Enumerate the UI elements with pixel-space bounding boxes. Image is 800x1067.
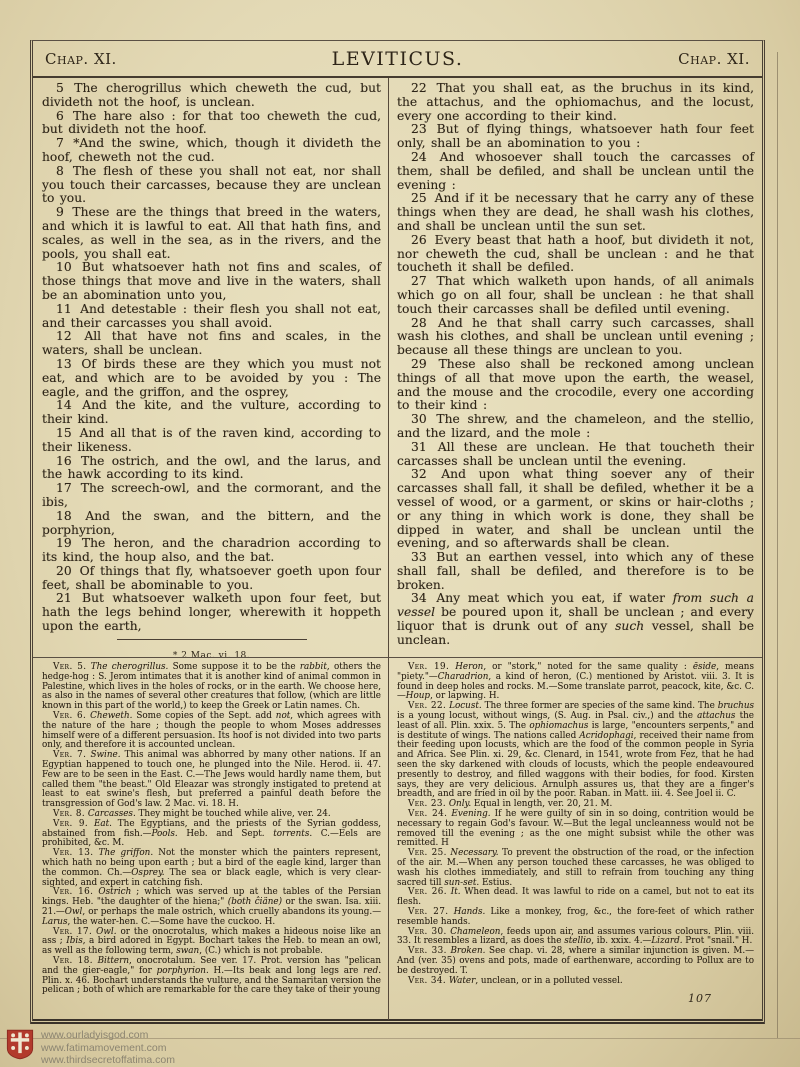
note-text: Hands. Like a monkey, frog, &c., the for… [397, 907, 754, 927]
verse-number: 10 [56, 260, 74, 274]
verse-text: The screech-owl, and the cormorant, and … [42, 481, 381, 509]
verse-number: 8 [56, 164, 66, 178]
verse-text: *And the swine, which, though it dividet… [42, 136, 381, 164]
verse-text: But of flying things, whatsoever hath fo… [397, 122, 754, 150]
footnote-rule [117, 639, 307, 640]
verse: 5 The cherogrillus which cheweth the cud… [42, 82, 381, 110]
footnote-reference: * 2 Mac. vi. 18. [42, 639, 381, 658]
verse-number: 14 [56, 398, 74, 412]
verse-text: Any meat which you eat, if water from su… [397, 591, 754, 646]
verse-text: But whatsoever hath not fins and scales,… [42, 260, 381, 302]
page-number: 107 [397, 992, 754, 1005]
verse-ref-label: Ver. 26. [408, 887, 447, 897]
verse: 21 But whatsoever walketh upon four feet… [42, 592, 381, 633]
verse-text: All that have not fins and scales, in th… [42, 329, 381, 357]
verse-ref-label: Ver. 19. [408, 662, 449, 672]
verse-number: 7 [56, 136, 66, 150]
commentary-note: Ver. 34. Water, unclean, or in a pollute… [397, 977, 754, 987]
verse-number: 15 [56, 426, 74, 440]
verse: 9 These are the things that breed in the… [42, 206, 381, 261]
verse-text: Of things that fly, whatsoever goeth upo… [42, 564, 381, 592]
verse-text: And if it be necessary that he carry any… [397, 191, 754, 233]
verse: 31 All these are unclean. He that touche… [397, 441, 754, 469]
commentary-note: Ver. 25. Necessary. To prevent the obstr… [397, 849, 754, 888]
verse-ref-label: Ver. 22. [408, 701, 446, 711]
verse: 27 That which walketh upon hands, of all… [397, 275, 754, 316]
note-text: Owl. or the onocrotalus, which makes a h… [42, 927, 381, 957]
verse-text: Every beast that hath a hoof, but divide… [397, 233, 754, 275]
commentary-note: Ver. 18. Bittern, onocrotalum. See ver. … [42, 957, 381, 996]
verse-ref-label: Ver. 34. [408, 976, 446, 986]
verse-number: 22 [411, 81, 429, 95]
note-text: The griffon. Not the monster which the p… [42, 848, 381, 887]
verse-text: These are the things that breed in the w… [42, 205, 381, 260]
verse-ref-label: Ver. 18. [53, 956, 93, 966]
verse: 10 But whatsoever hath not fins and scal… [42, 261, 381, 302]
verse: 20 Of things that fly, whatsoever goeth … [42, 565, 381, 593]
verse-text: All these are unclean. He that toucheth … [397, 440, 754, 468]
verse: 32 And upon what thing soever any of the… [397, 468, 754, 551]
note-text: Chameleon, feeds upon air, and assumes v… [397, 927, 754, 947]
verse-text: And the kite, and the vulture, according… [42, 398, 381, 426]
note-text: It. When dead. It was lawful to ride on … [397, 887, 754, 907]
watermark-stamp: www.ourladyisgod.com www.fatimamovement.… [6, 1029, 175, 1067]
commentary-note: Ver. 19. Heron, or "stork," noted for th… [397, 663, 754, 702]
note-text: Ostrich ; which was served up at the tab… [42, 887, 381, 926]
scripture-section: 5 The cherogrillus which cheweth the cud… [33, 78, 762, 658]
verse: 14 And the kite, and the vulture, accord… [42, 399, 381, 427]
verse-text: The hare also : for that too cheweth the… [42, 109, 381, 137]
commentary-note: Ver. 13. The griffon. Not the monster wh… [42, 849, 381, 888]
verse-ref-label: Ver. 6. [53, 711, 86, 721]
verse: 13 Of birds these are they which you mus… [42, 358, 381, 399]
commentary-note: Ver. 17. Owl. or the onocrotalus, which … [42, 928, 381, 957]
book-title: LEVITICUS. [332, 48, 464, 70]
verse: 16 The ostrich, and the owl, and the lar… [42, 455, 381, 483]
verse-text: The heron, and the charadrion according … [42, 536, 381, 564]
watermark-url: www.ourladyisgod.com [41, 1029, 175, 1042]
verse-text: And he that shall carry such carcasses, … [397, 316, 754, 358]
verse-text: The shrew, and the chameleon, and the st… [397, 412, 754, 440]
commentary-note: Ver. 24. Evening. If he were guilty of s… [397, 810, 754, 849]
commentary-note: Ver. 33. Broken. See chap. vi. 28, where… [397, 947, 754, 976]
commentary-note: Ver. 22. Locust. The three former are sp… [397, 702, 754, 800]
verse-number: 29 [411, 357, 429, 371]
verse-number: 16 [56, 454, 74, 468]
scripture-column-left: 5 The cherogrillus which cheweth the cud… [33, 78, 389, 657]
verse-ref-label: Ver. 5. [53, 662, 87, 672]
verse: 12 All that have not fins and scales, in… [42, 330, 381, 358]
verse-number: 12 [56, 329, 74, 343]
verse-number: 19 [56, 536, 74, 550]
watermark-urls: www.ourladyisgod.com www.fatimamovement.… [41, 1029, 175, 1067]
verse-number: 13 [56, 357, 74, 371]
commentary-section: Ver. 5. The cherogrillus. Some suppose i… [33, 658, 762, 1020]
chapter-label-right: Chap. XI. [678, 50, 750, 68]
verse: 17 The screech-owl, and the cormorant, a… [42, 482, 381, 510]
verse: 34 Any meat which you eat, if water from… [397, 592, 754, 647]
note-text: Heron, or "stork," noted for the same qu… [397, 662, 754, 701]
verse-number: 25 [411, 191, 429, 205]
scripture-column-right: 22 That you shall eat, as the bruchus in… [389, 78, 762, 657]
verse-text: And the swan, and the bittern, and the p… [42, 509, 381, 537]
note-text: Broken. See chap. vi. 28, where a simila… [397, 946, 754, 976]
note-text: Carcasses. They might be touched while a… [88, 809, 331, 819]
verse: 24 And whosoever shall touch the carcass… [397, 151, 754, 192]
commentary-note: Ver. 30. Chameleon, feeds upon air, and … [397, 928, 754, 948]
verse: 29 These also shall be reckoned among un… [397, 358, 754, 413]
verse-number: 9 [56, 205, 66, 219]
verse-number: 24 [411, 150, 429, 164]
note-text: Evening. If he were guilty of sin in so … [397, 809, 754, 848]
watermark-url: www.thirdsecretoffatima.com [41, 1054, 175, 1067]
verse-ref-label: Ver. 8. [53, 809, 85, 819]
verse-ref-label: Ver. 24. [408, 809, 447, 819]
page-edge-line [777, 52, 778, 1038]
verse-text: The ostrich, and the owl, and the larus,… [42, 454, 381, 482]
verse: 25 And if it be necessary that he carry … [397, 192, 754, 233]
verse: 19 The heron, and the charadrion accordi… [42, 537, 381, 565]
note-text: Cheweth. Some copies of the Sept. add no… [42, 711, 381, 750]
footnote-text: * 2 Mac. vi. 18. [173, 651, 250, 658]
verse: 23 But of flying things, whatsoever hath… [397, 123, 754, 151]
note-text: Necessary. To prevent the obstruction of… [397, 848, 754, 887]
verse: 26 Every beast that hath a hoof, but div… [397, 234, 754, 275]
verse-number: 32 [411, 467, 429, 481]
verse-number: 21 [56, 591, 74, 605]
verse: 30 The shrew, and the chameleon, and the… [397, 413, 754, 441]
verse: 7 *And the swine, which, though it divid… [42, 137, 381, 165]
commentary-note: Ver. 5. The cherogrillus. Some suppose i… [42, 663, 381, 712]
commentary-note: Ver. 9. Eat. The Egyptians, and the prie… [42, 820, 381, 849]
commentary-note: Ver. 7. Swine. This animal was abhorred … [42, 751, 381, 810]
book-page: Chap. XI. LEVITICUS. Chap. XI. 5 The che… [30, 40, 765, 1024]
verse-number: 28 [411, 316, 429, 330]
commentary-note: Ver. 6. Cheweth. Some copies of the Sept… [42, 712, 381, 751]
watermark-crest-icon [6, 1029, 34, 1060]
note-text: Eat. The Egyptians, and the priests of t… [42, 819, 381, 849]
verse: 33 But an earthen vessel, into which any… [397, 551, 754, 592]
commentary-note: Ver. 26. It. When dead. It was lawful to… [397, 888, 754, 908]
verse-number: 23 [411, 122, 429, 136]
watermark-url: www.fatimamovement.com [41, 1042, 175, 1055]
note-text: Bittern, onocrotalum. See ver. 17. Prot.… [42, 956, 381, 995]
verse: 8 The flesh of these you shall not eat, … [42, 165, 381, 206]
commentary-column-left: Ver. 5. The cherogrillus. Some suppose i… [33, 658, 389, 1020]
chapter-label-left: Chap. XI. [45, 50, 117, 68]
verse: 28 And he that shall carry such carcasse… [397, 317, 754, 358]
verse-ref-label: Ver. 16. [53, 887, 93, 897]
note-text: Swine. This animal was abhorred by many … [42, 750, 381, 809]
verse-text: These also shall be reckoned among uncle… [397, 357, 754, 412]
verse-text: Of birds these are they which you must n… [42, 357, 381, 399]
note-text: Water, unclean, or in a polluted vessel. [449, 976, 623, 986]
verse-number: 31 [411, 440, 429, 454]
verse-text: The cherogrillus which cheweth the cud, … [42, 81, 381, 109]
commentary-note: Ver. 16. Ostrich ; which was served up a… [42, 888, 381, 927]
running-header: Chap. XI. LEVITICUS. Chap. XI. [33, 41, 762, 78]
verse: 15 And all that is of the raven kind, ac… [42, 427, 381, 455]
verse: 11 And detestable : their flesh you shal… [42, 303, 381, 331]
note-text: The cherogrillus. Some suppose it to be … [42, 662, 381, 711]
verse-ref-label: Ver. 13. [53, 848, 93, 858]
verse-number: 5 [56, 81, 66, 95]
verse-ref-label: Ver. 25. [408, 848, 447, 858]
verse-text: But whatsoever walketh upon four feet, b… [42, 591, 381, 633]
verse-ref-label: Ver. 33. [408, 946, 447, 956]
verse-text: And detestable : their flesh you shall n… [42, 302, 381, 330]
verse: 6 The hare also : for that too cheweth t… [42, 110, 381, 138]
verse-ref-label: Ver. 27. [408, 907, 449, 917]
verse-number: 11 [56, 302, 74, 316]
verse-text: And whosoever shall touch the carcasses … [397, 150, 754, 192]
verse-number: 33 [411, 550, 429, 564]
commentary-note: Ver. 27. Hands. Like a monkey, frog, &c.… [397, 908, 754, 928]
verse-number: 6 [56, 109, 66, 123]
verse-text: That which walketh upon hands, of all an… [397, 274, 754, 316]
verse-text: That you shall eat, as the bruchus in it… [397, 81, 754, 123]
verse: 22 That you shall eat, as the bruchus in… [397, 82, 754, 123]
verse: 18 And the swan, and the bittern, and th… [42, 510, 381, 538]
verse-number: 26 [411, 233, 429, 247]
verse-number: 17 [56, 481, 74, 495]
verse-number: 20 [56, 564, 74, 578]
verse-text: The flesh of these you shall not eat, no… [42, 164, 381, 206]
verse-number: 34 [411, 591, 429, 605]
verse-ref-label: Ver. 7. [53, 750, 86, 760]
verse-number: 18 [56, 509, 74, 523]
verse-ref-label: Ver. 9. [53, 819, 88, 829]
note-text: Locust. The three former are species of … [397, 701, 754, 799]
verse-number: 30 [411, 412, 429, 426]
note-text: Only. Equal in length, ver. 20, 21. M. [449, 799, 612, 809]
verse-text: But an earthen vessel, into which any of… [397, 550, 754, 592]
verse-text: And upon what thing soever any of their … [397, 467, 754, 550]
commentary-column-right: Ver. 19. Heron, or "stork," noted for th… [389, 658, 762, 1020]
verse-number: 27 [411, 274, 429, 288]
verse-text: And all that is of the raven kind, accor… [42, 426, 381, 454]
verse-ref-label: Ver. 23. [408, 799, 446, 809]
